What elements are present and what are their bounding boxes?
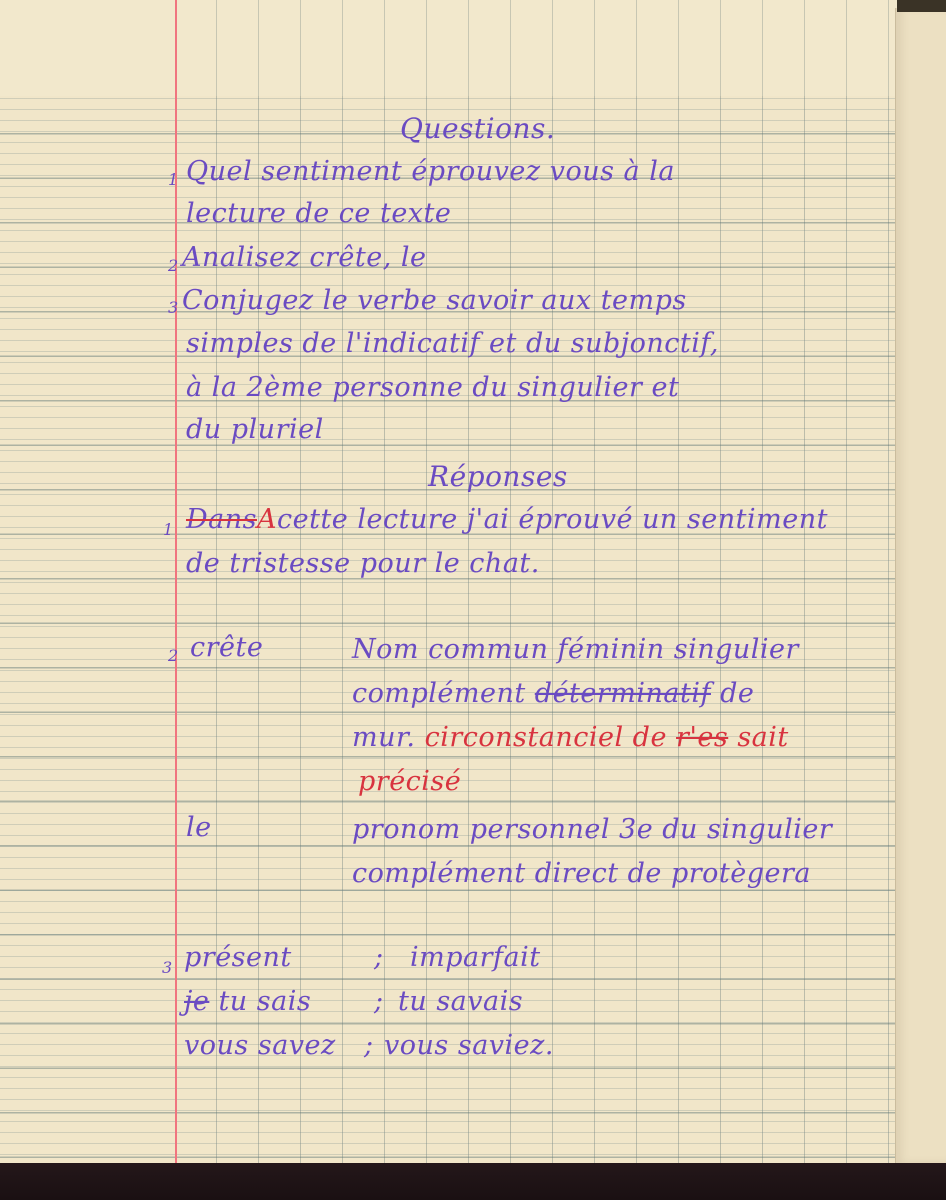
conjugation-row-1-col-1: je tu sais xyxy=(184,986,311,1017)
question-3-line-2: simples de l'indicatif et du subjonctif, xyxy=(186,328,719,359)
answer-2-word-crete: crête xyxy=(190,632,263,663)
conjugation-row-2-col-1: vous savez xyxy=(184,1030,336,1061)
conjugation-separator-2: ; xyxy=(374,986,384,1017)
question-2-line-1: Analisez crête, le xyxy=(182,242,427,273)
le-analysis-line-1: pronom personnel 3e du singulier xyxy=(352,814,832,845)
question-1-line-2: lecture de ce texte xyxy=(186,198,451,229)
struck-word-dans: Dans xyxy=(186,504,257,535)
questions-heading: Questions. xyxy=(400,112,555,145)
de-word: de xyxy=(711,678,754,709)
red-correction-a: A xyxy=(257,504,277,535)
complement-word: complément xyxy=(352,678,535,709)
crete-analysis-line-3: mur. circonstanciel de r'es sait xyxy=(352,722,789,753)
question-1-line-1: Quel sentiment éprouvez vous à la xyxy=(186,156,675,187)
question-3-line-4: du pluriel xyxy=(186,414,324,445)
question-3-line-3: à la 2ème personne du singulier et xyxy=(186,372,679,403)
question-1-number: 1 xyxy=(168,170,178,189)
red-correction-circonstanciel: circonstanciel de xyxy=(425,722,667,753)
red-struck-word: r'es xyxy=(676,722,728,753)
red-correction-precise: précisé xyxy=(358,766,461,797)
crete-analysis-line-2: complément déterminatif de xyxy=(352,678,754,709)
notebook-page: Questions. 1 Quel sentiment éprouvez vou… xyxy=(0,0,946,1163)
tu-sais: tu sais xyxy=(218,986,311,1017)
answers-heading: Réponses xyxy=(428,460,568,493)
answer-1-line-1-text: cette lecture j'ai éprouvé un sentiment xyxy=(277,504,828,535)
page-corner-shadow xyxy=(897,0,946,12)
next-page-edge xyxy=(895,8,946,1163)
crete-analysis-line-1: Nom commun féminin singulier xyxy=(352,634,799,665)
conjugation-header-imparfait: imparfait xyxy=(410,942,541,973)
conjugation-header-present: présent xyxy=(184,942,292,973)
struck-determinatif: déterminatif xyxy=(535,678,711,709)
answer-3-number: 3 xyxy=(162,958,172,977)
le-analysis-line-2: complément direct de protègera xyxy=(352,858,811,889)
conjugation-row-2-col-2: vous saviez. xyxy=(384,1030,554,1061)
answer-1-line-2: de tristesse pour le chat. xyxy=(186,548,540,579)
answer-2-number: 2 xyxy=(168,646,178,665)
mur-word: mur. xyxy=(352,722,416,753)
conjugation-separator-1: ; xyxy=(374,942,384,973)
answer-1-line-1: DansAcette lecture j'ai éprouvé un senti… xyxy=(186,504,828,535)
struck-je: je xyxy=(184,986,209,1017)
scanner-background xyxy=(0,1163,946,1200)
conjugation-row-1-col-2: tu savais xyxy=(398,986,523,1017)
answer-1-number: 1 xyxy=(163,520,173,539)
conjugation-separator-3: ; xyxy=(364,1030,374,1061)
answer-2-word-le: le xyxy=(186,812,212,843)
question-3-line-1: Conjugez le verbe savoir aux temps xyxy=(182,285,687,316)
question-3-number: 3 xyxy=(168,298,178,317)
scanned-page: Questions. 1 Quel sentiment éprouvez vou… xyxy=(0,0,946,1200)
red-word-sait: sait xyxy=(737,722,788,753)
question-2-number: 2 xyxy=(168,256,178,275)
